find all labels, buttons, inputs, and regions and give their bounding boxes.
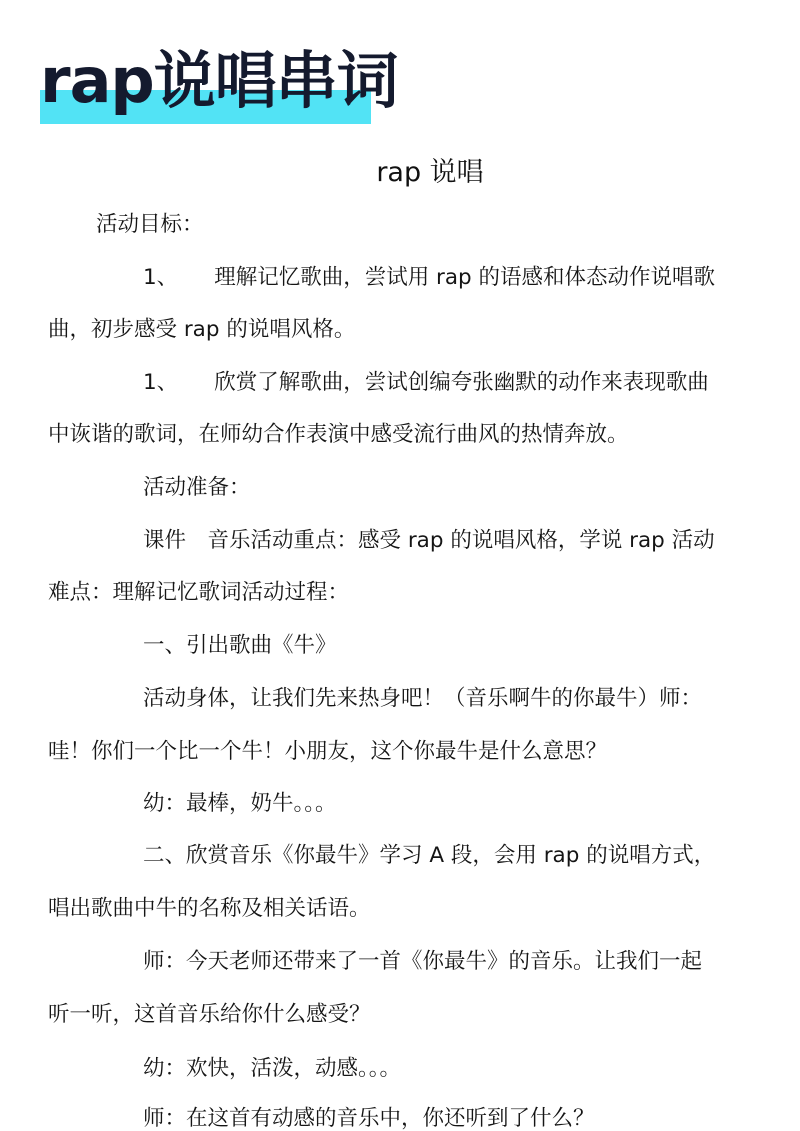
paragraph-line: 课件 音乐活动重点：感受 rap 的说唱风格，学说 rap 活动	[143, 526, 715, 556]
list-number: 1、	[143, 265, 178, 290]
paragraph-line: 哇！你们一个比一个牛！小朋友，这个你最牛是什么意思？	[48, 737, 607, 767]
paragraph-line: 曲，初步感受 rap 的说唱风格。	[48, 315, 355, 345]
section-heading: 活动准备：	[143, 473, 251, 503]
dialogue-line: 幼：欢快，活泼，动感。。。	[143, 1054, 401, 1084]
dialogue-line: 幼：最棒，奶牛。。。	[143, 789, 337, 819]
list-number: 1、	[143, 370, 178, 395]
paragraph-line: 活动目标：	[96, 210, 204, 240]
objective-item: 1、欣赏了解歌曲，尝试创编夸张幽默的动作来表现歌曲	[143, 368, 709, 398]
objective-item: 1、理解记忆歌曲，尝试用 rap 的语感和体态动作说唱歌	[143, 263, 715, 293]
paragraph-line: 难点：理解记忆歌词活动过程：	[48, 578, 349, 608]
dialogue-line: 师：今天老师还带来了一首《你最牛》的音乐。让我们一起	[143, 947, 702, 977]
banner-title: rap说唱串词	[40, 44, 398, 118]
section-heading: 二、欣赏音乐《你最牛》学习 A 段，会用 rap 的说唱方式，	[143, 841, 715, 871]
paragraph-line: 中诙谐的歌词，在师幼合作表演中感受流行曲风的热情奔放。	[48, 420, 629, 450]
document-title: rap 说唱	[0, 155, 800, 191]
paragraph-line: 活动身体，让我们先来热身吧！（音乐啊牛的你最牛）师：	[143, 684, 702, 714]
section-heading: 一、引出歌曲《牛》	[143, 631, 337, 661]
paragraph-line: 听一听，这首音乐给你什么感受？	[48, 1000, 371, 1030]
paragraph-line: 唱出歌曲中牛的名称及相关话语。	[48, 894, 371, 924]
header-banner: rap说唱串词	[0, 0, 800, 140]
dialogue-line: 师：在这首有动感的音乐中，你还听到了什么？	[143, 1104, 595, 1131]
